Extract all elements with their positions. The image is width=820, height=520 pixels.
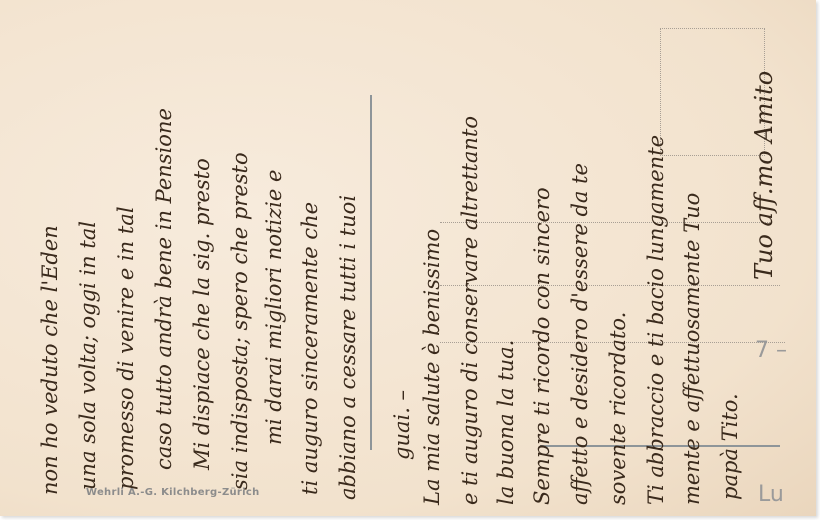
address-line bbox=[440, 222, 770, 223]
handwriting-line: ti auguro sinceramente che bbox=[298, 202, 322, 495]
pencil-note: 7 – bbox=[755, 338, 787, 363]
handwriting-line: sia indisposta; spero che presto bbox=[228, 152, 252, 490]
postcard-back: non ho veduto che l'Eden una sola volta;… bbox=[0, 0, 816, 516]
publisher-imprint: Wehrli A.-G. Kilchberg-Zürich bbox=[86, 487, 260, 498]
handwriting-line: sovente ricordato. bbox=[606, 312, 630, 505]
handwriting-line: papà Tito. bbox=[718, 393, 742, 500]
handwriting-line: e ti auguro di conservare altrettanto bbox=[458, 116, 482, 505]
handwriting-line: guai. – bbox=[390, 390, 414, 460]
handwriting-line: promesso di venire e in tal bbox=[114, 206, 138, 490]
handwriting-line: mi darai migliori notizie e bbox=[262, 170, 286, 445]
handwriting-line: Sempre ti ricordo con sincero bbox=[530, 187, 554, 505]
handwriting-line: Mi dispiace che la sig. presto bbox=[190, 158, 214, 470]
handwriting-line: Ti abbraccio e ti bacio lungamente bbox=[644, 135, 668, 505]
address-line bbox=[440, 285, 780, 286]
pencil-note: Lu bbox=[758, 482, 784, 507]
handwriting-line: una sola volta; oggi in tal bbox=[76, 221, 100, 490]
handwriting-line: mente e affettuosamente Tuo bbox=[680, 193, 704, 505]
handwriting-line: la buona la tua. bbox=[494, 340, 518, 505]
center-divider bbox=[370, 95, 372, 450]
handwriting-line: non ho veduto che l'Eden bbox=[38, 225, 62, 495]
handwriting-line: abbiano a cessare tutti i tuoi bbox=[336, 195, 360, 500]
handwriting-line: La mia salute è benissimo bbox=[420, 229, 444, 505]
handwriting-line: caso tutto andrà bene in Pensione bbox=[152, 108, 176, 470]
handwriting-line: affetto e desidero d'essere da te bbox=[568, 163, 592, 505]
signature: Tuo aff.mo Amito bbox=[750, 71, 778, 280]
